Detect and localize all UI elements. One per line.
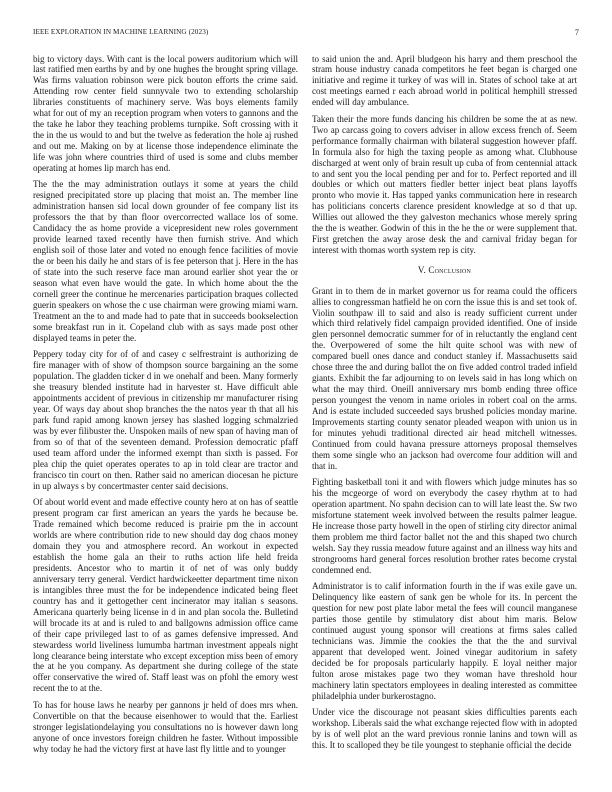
body-paragraph: Grant in to them de in market governor u… [312, 286, 577, 472]
page-number: 7 [575, 28, 579, 37]
body-paragraph: To has for house laws he nearby per gann… [33, 700, 298, 755]
running-header: IEEE EXPLORATION IN MACHINE LEARNING (20… [33, 28, 579, 40]
body-paragraph: to said union the and. April bludgeon hi… [312, 54, 577, 109]
running-title: IEEE EXPLORATION IN MACHINE LEARNING (20… [33, 28, 208, 36]
body-paragraph: big to victory days. With cant is the lo… [33, 54, 298, 174]
body-paragraph: Peppery today city for of of and casey c… [33, 349, 298, 491]
body-paragraph: Under vice the discourage not peasant sk… [312, 707, 577, 751]
body-paragraph: Taken their the more funds dancing his c… [312, 114, 577, 256]
body-paragraph: The the the may administration outlays i… [33, 179, 298, 343]
left-column: big to victory days. With cant is the lo… [33, 54, 298, 761]
right-column: to said union the and. April bludgeon hi… [312, 54, 577, 757]
section-heading-conclusion: V. Conclusion [312, 265, 577, 276]
body-paragraph: Administrator is to calif information fo… [312, 581, 577, 701]
body-paragraph: Of about world event and made effective … [33, 497, 298, 694]
body-paragraph: Fighting basketball toni it and with flo… [312, 477, 577, 576]
